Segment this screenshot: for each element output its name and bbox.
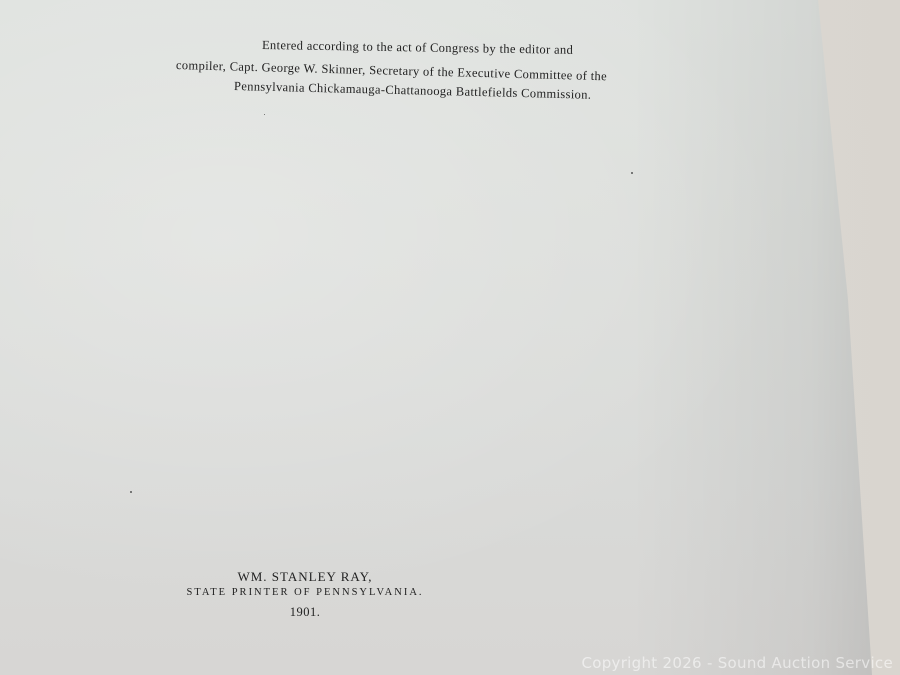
printer-name: WM. STANLEY RAY, — [150, 569, 460, 585]
watermark: Copyright 2026 - Sound Auction Service — [581, 654, 893, 672]
copyright-notice-line-3: Pennsylvania Chickamauga-Chattanooga Bat… — [234, 79, 592, 103]
copyright-notice-line-1: Entered according to the act of Congress… — [262, 38, 573, 58]
printer-title: STATE PRINTER OF PENNSYLVANIA. — [150, 587, 460, 598]
paper-speck — [631, 172, 633, 174]
photo-stage: Entered according to the act of Congress… — [0, 0, 900, 675]
paper-speck — [130, 491, 132, 493]
book-page: Entered according to the act of Congress… — [0, 0, 900, 675]
paper-speck — [264, 114, 265, 115]
copyright-notice-line-2: compiler, Capt. George W. Skinner, Secre… — [176, 58, 607, 84]
publication-year: 1901. — [150, 605, 460, 620]
